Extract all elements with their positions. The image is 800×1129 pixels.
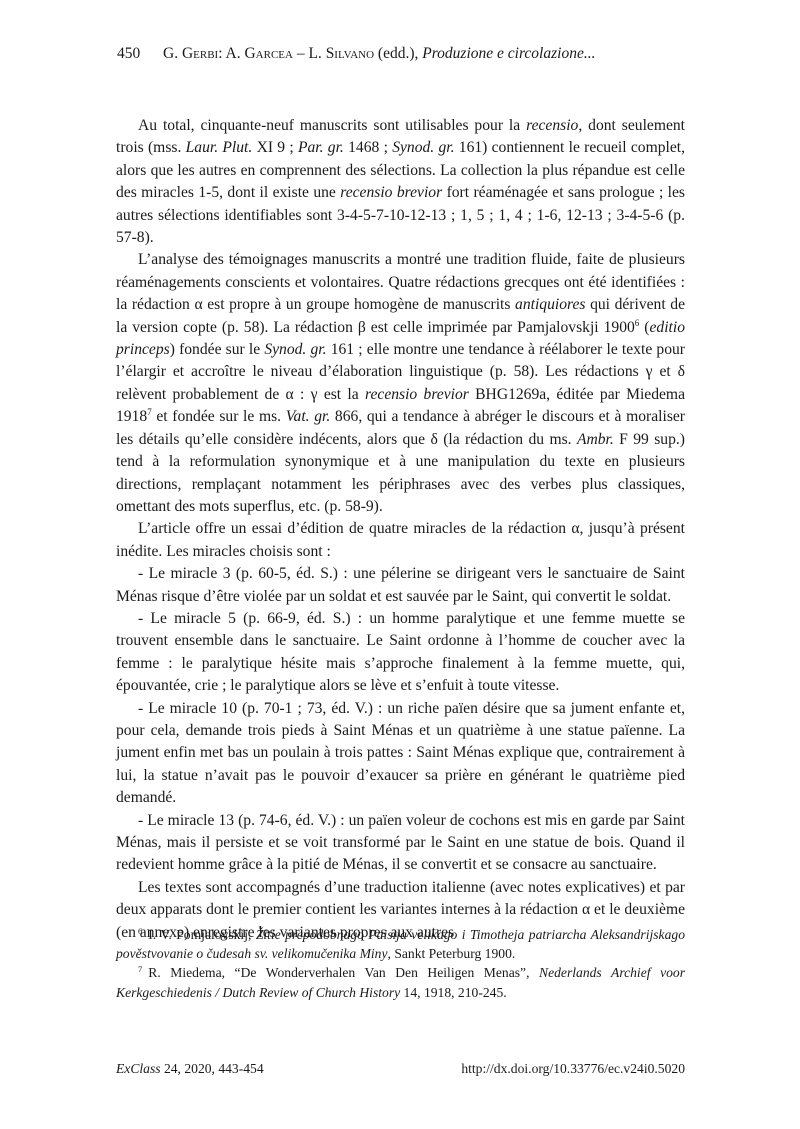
- footnotes: 6I. V. Pomjalovskij, Žitie prepodobnago …: [116, 925, 685, 1002]
- header-book-title: Produzione e circolazione...: [422, 45, 595, 62]
- page-footer: ExClass 24, 2020, 443-454 http://dx.doi.…: [116, 1060, 685, 1078]
- header-authors: G. Gerbi: A. Garcea – L. Silvano (edd.),: [163, 45, 422, 62]
- paragraph-2: L’analyse des témoignages manuscrits a m…: [116, 249, 685, 518]
- paragraph-3: L’article offre un essai d’édition de qu…: [116, 518, 685, 563]
- miracle-5-item: - Le miracle 5 (p. 66-9, éd. S.) : un ho…: [116, 608, 685, 698]
- footnote-7: 7R. Miedema, “De Wonderverhalen Van Den …: [116, 963, 685, 1001]
- paragraph-1: Au total, cinquante-neuf manuscrits sont…: [116, 115, 685, 249]
- main-text: Au total, cinquante-neuf manuscrits sont…: [116, 115, 685, 944]
- doi-link[interactable]: http://dx.doi.org/10.33776/ec.v24i0.5020: [461, 1060, 685, 1078]
- miracle-10-item: - Le miracle 10 (p. 70-1 ; 73, éd. V.) :…: [116, 698, 685, 810]
- footnote-6: 6I. V. Pomjalovskij, Žitie prepodobnago …: [116, 925, 685, 963]
- miracle-13-item: - Le miracle 13 (p. 74-6, éd. V.) : un p…: [116, 810, 685, 877]
- miracle-3-item: - Le miracle 3 (p. 60-5, éd. S.) : une p…: [116, 563, 685, 608]
- page-number: 450: [117, 44, 163, 64]
- running-header: 450G. Gerbi: A. Garcea – L. Silvano (edd…: [117, 44, 687, 64]
- journal-citation: ExClass 24, 2020, 443-454: [116, 1060, 264, 1078]
